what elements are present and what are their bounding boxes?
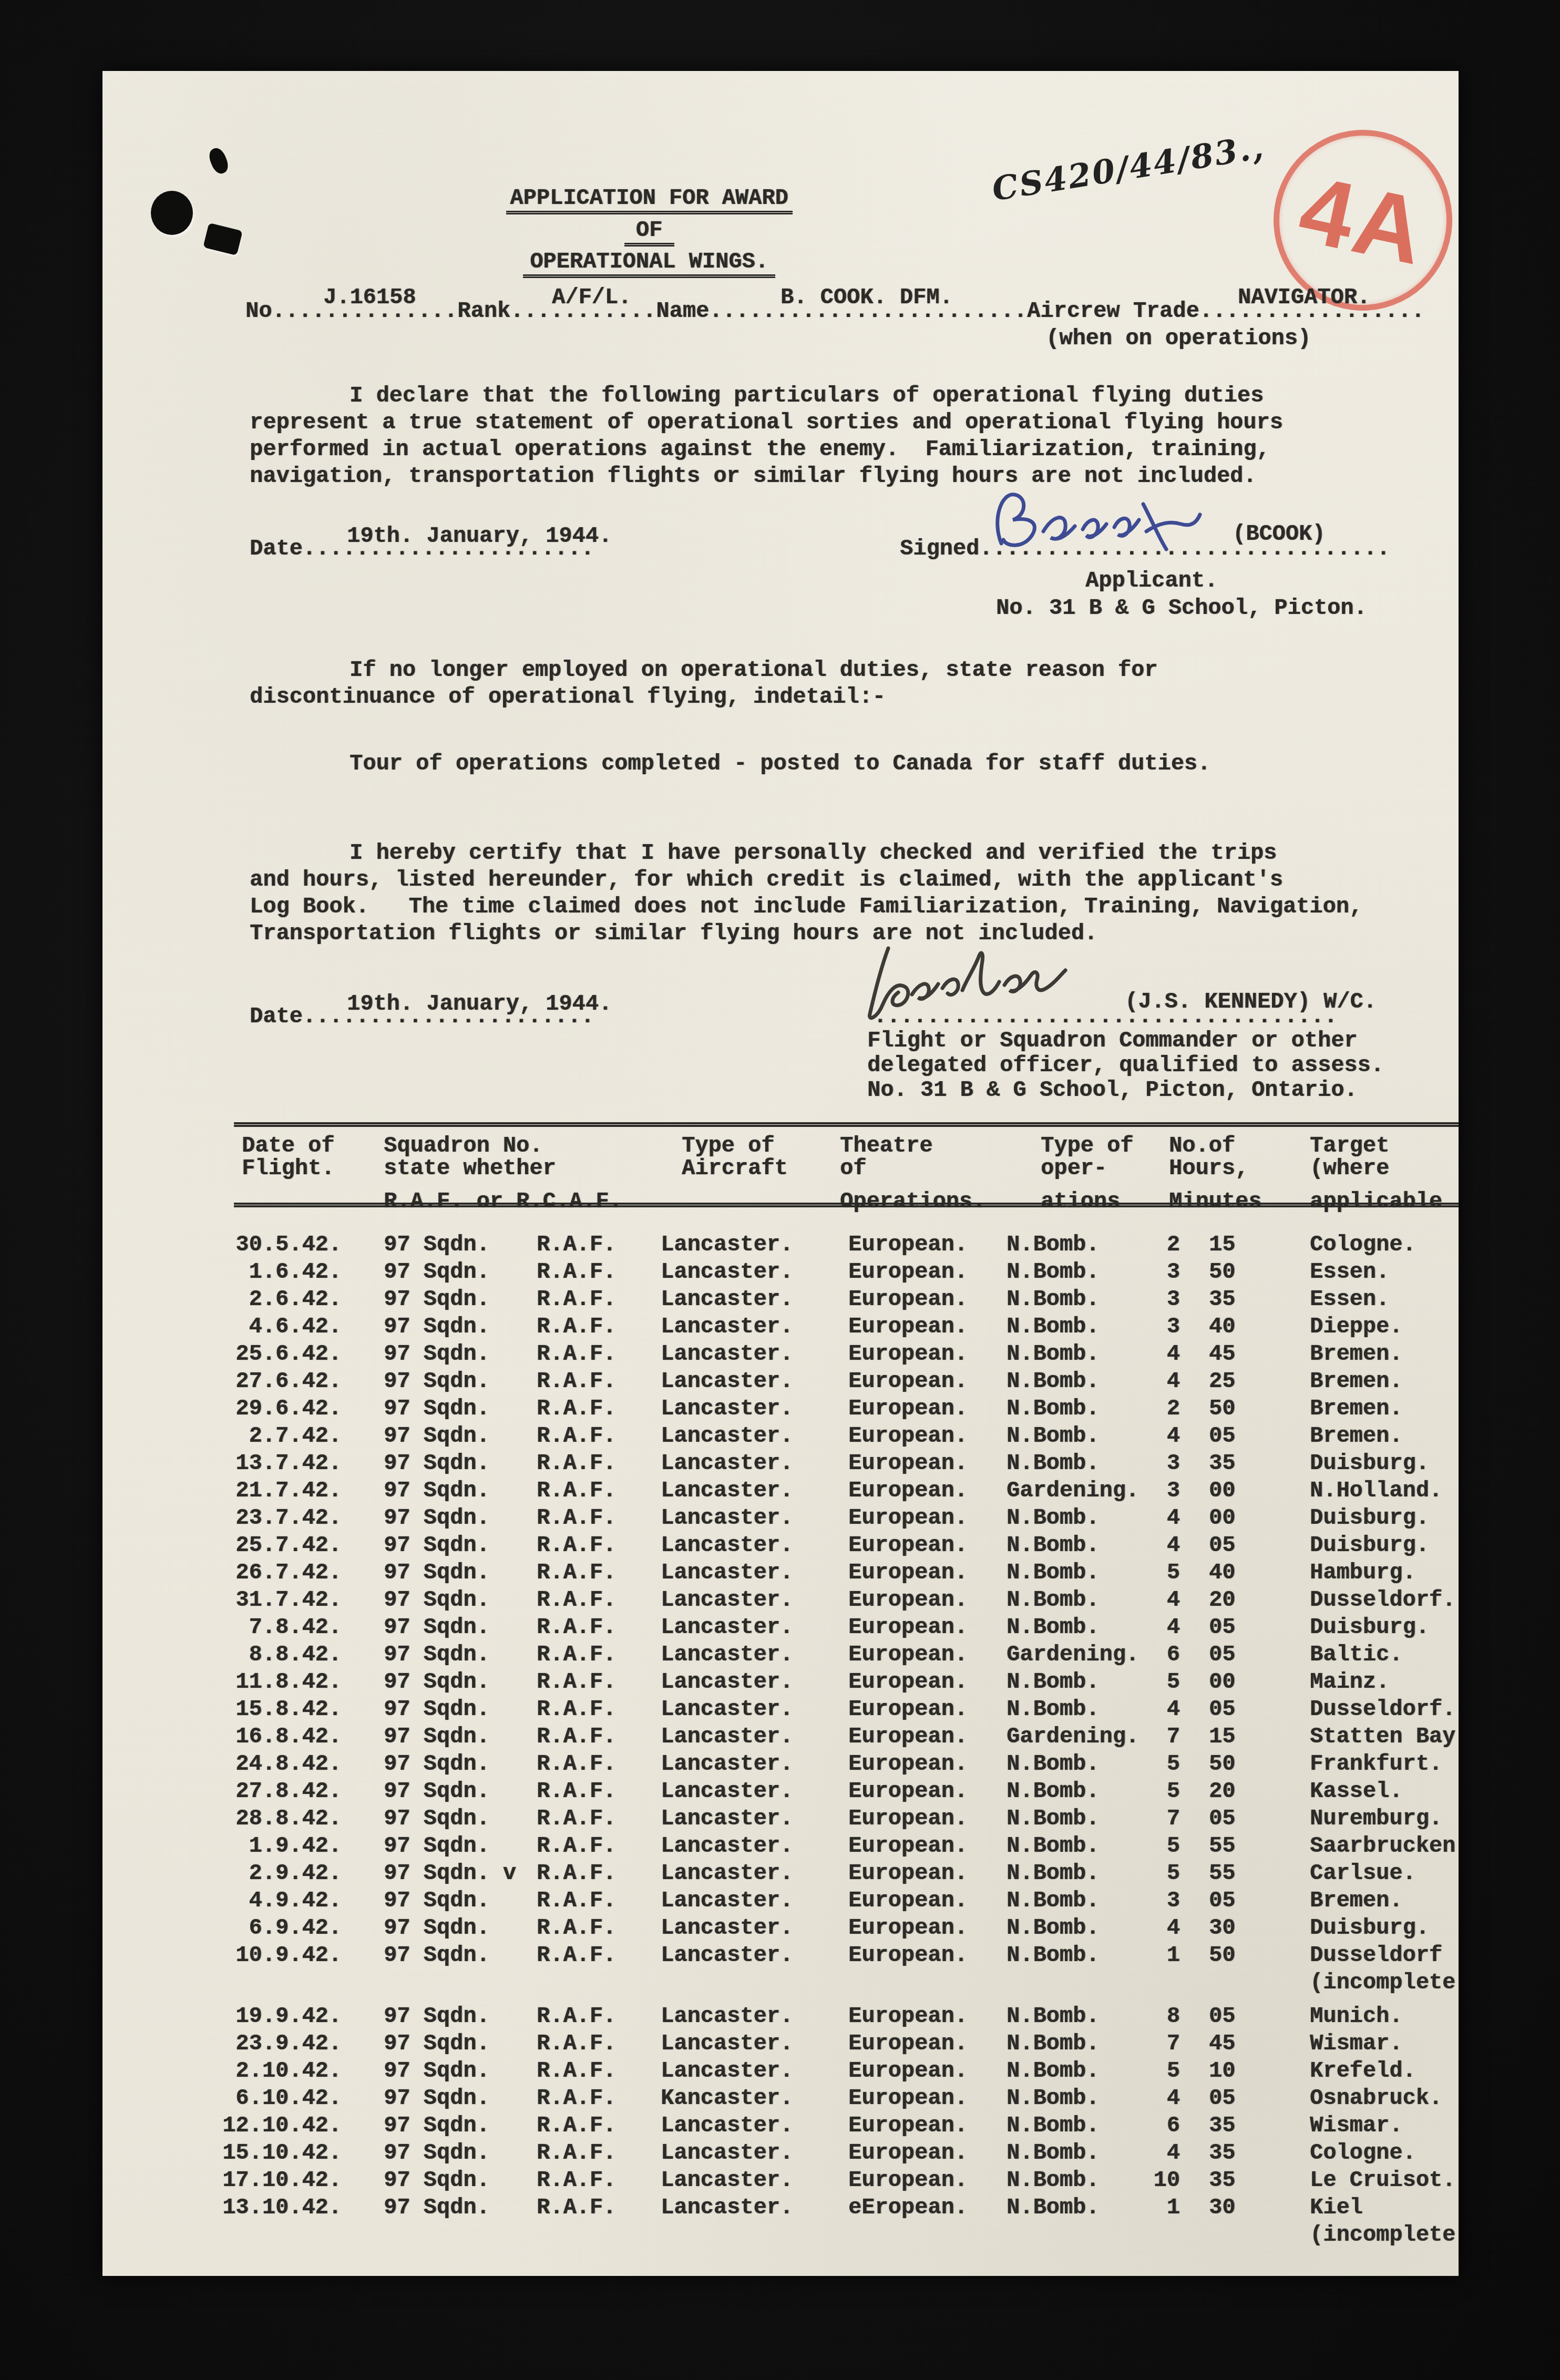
- cell-target: Cologne.: [1310, 2140, 1416, 2166]
- flight-table-row: 21.7.42. 97 Sqdn. R.A.F. Lancaster. Euro…: [102, 1478, 1459, 1505]
- cell-date: 25.7.42.: [102, 1532, 342, 1558]
- service-number-value: J.16158: [323, 284, 416, 311]
- cell-target: Dusseldorf.: [1310, 1587, 1455, 1613]
- flight-table-row: 2.7.42. 97 Sqdn. R.A.F. Lancaster. Europ…: [102, 1423, 1459, 1450]
- flight-table-row: 4.6.42. 97 Sqdn. R.A.F. Lancaster. Europ…: [102, 1314, 1459, 1341]
- cell-operation-type: N.Bomb.: [1007, 1587, 1099, 1613]
- cell-force: R.A.F.: [537, 1724, 616, 1750]
- cell-theatre: European.: [848, 2112, 968, 2139]
- cell-target: Essen.: [1310, 1286, 1389, 1312]
- paragraph-line: represent a true statement of operationa…: [250, 409, 1283, 436]
- title-underline: [523, 274, 775, 278]
- flight-table-row: 23.9.42. 97 Sqdn. R.A.F. Lancaster. Euro…: [102, 2030, 1459, 2058]
- cell-minutes: 15: [1209, 1724, 1235, 1750]
- flight-table-row: 15.10.42. 97 Sqdn. R.A.F. Lancaster. Eur…: [102, 2140, 1459, 2167]
- cell-minutes: 50: [1209, 1751, 1235, 1777]
- cell-target: Wismar.: [1310, 2112, 1402, 2139]
- cell-force: R.A.F.: [537, 1232, 616, 1258]
- title-underline: [624, 243, 674, 247]
- date-value: 19th. January, 1944.: [347, 523, 612, 549]
- cell-aircraft: Lancaster.: [661, 1724, 793, 1750]
- cell-operation-type: N.Bomb.: [1007, 2003, 1099, 2029]
- cell-hours: 5: [1109, 1751, 1180, 1777]
- cell-minutes: 40: [1209, 1314, 1235, 1340]
- cell-minutes: 35: [1209, 2140, 1235, 2166]
- paragraph-line: I hereby certify that I have personally …: [350, 840, 1362, 867]
- cell-squadron: 97 Sqdn. v: [384, 1860, 516, 1886]
- cell-force: R.A.F.: [537, 1341, 616, 1367]
- cell-force: R.A.F.: [537, 1505, 616, 1531]
- cell-target: Dieppe.: [1310, 1314, 1402, 1340]
- flight-table-row: 6.10.42. 97 Sqdn. R.A.F. Kancaster. Euro…: [102, 2085, 1459, 2112]
- cell-target: Carlsue.: [1310, 1860, 1416, 1886]
- cell-force: R.A.F.: [537, 1915, 616, 1941]
- cell-minutes: 00: [1209, 1478, 1235, 1504]
- cell-minutes: 50: [1209, 1259, 1235, 1285]
- cell-squadron: 97 Sqdn.: [384, 1396, 490, 1422]
- cell-aircraft: Lancaster.: [661, 1560, 793, 1586]
- flight-table-row: 4.9.42. 97 Sqdn. R.A.F. Lancaster. Europ…: [102, 1887, 1459, 1915]
- document-title: APPLICATION FOR AWARD OF OPERATIONAL WIN…: [439, 187, 859, 278]
- cell-aircraft: Lancaster.: [661, 1450, 793, 1476]
- flight-table-row: 13.10.42. 97 Sqdn. R.A.F. Lancaster. eEr…: [102, 2194, 1459, 2222]
- cell-aircraft: Lancaster.: [661, 1778, 793, 1804]
- paragraph-line: Log Book. The time claimed does not incl…: [250, 894, 1362, 920]
- cell-target: Wismar.: [1310, 2030, 1402, 2057]
- trade-note: (when on operations): [1046, 325, 1311, 352]
- cell-hours: 1: [1109, 1942, 1180, 1968]
- cell-minutes: 10: [1209, 2058, 1235, 2084]
- title-underline: [506, 211, 793, 214]
- paragraph-line: and hours, listed hereunder, for which c…: [250, 867, 1362, 894]
- cell-date: 17.10.42.: [102, 2167, 342, 2193]
- cell-force: R.A.F.: [537, 1478, 616, 1504]
- cell-target: N.Holland.: [1310, 1478, 1442, 1504]
- cell-aircraft: Lancaster.: [661, 1642, 793, 1668]
- cell-date: 27.6.42.: [102, 1368, 342, 1394]
- cell-squadron: 97 Sqdn.: [384, 2003, 490, 2029]
- cell-minutes: 40: [1209, 1560, 1235, 1586]
- cell-hours: 4: [1109, 1915, 1180, 1941]
- cell-hours: 4: [1109, 1614, 1180, 1640]
- cell-minutes: 05: [1209, 2003, 1235, 2029]
- col-header: oper-: [1041, 1155, 1107, 1182]
- cell-date: 15.10.42.: [102, 2140, 342, 2166]
- cell-theatre: European.: [848, 1341, 968, 1367]
- cell-theatre: European.: [848, 2085, 968, 2111]
- cell-target: Baltic.: [1310, 1642, 1402, 1668]
- cell-theatre: European.: [848, 1368, 968, 1394]
- cell-theatre: European.: [848, 2140, 968, 2166]
- cell-squadron: 97 Sqdn.: [384, 1286, 490, 1312]
- cell-target: Bremen.: [1310, 1396, 1402, 1422]
- flight-table-row: 6.9.42. 97 Sqdn. R.A.F. Lancaster. Europ…: [102, 1915, 1459, 1942]
- paragraph-line: discontinuance of operational flying, in…: [250, 684, 1157, 711]
- cell-operation-type: N.Bomb.: [1007, 1614, 1099, 1640]
- applicant-role-label: Applicant.: [1085, 568, 1218, 594]
- cell-force: R.A.F.: [537, 1423, 616, 1449]
- cell-force: R.A.F.: [537, 1887, 616, 1914]
- cell-date: 31.7.42.: [102, 1587, 342, 1613]
- flight-table-row: 1.9.42. 97 Sqdn. R.A.F. Lancaster. Europ…: [102, 1833, 1459, 1860]
- cell-hours: 5: [1109, 2058, 1180, 2084]
- cell-minutes: 35: [1209, 2112, 1235, 2139]
- cell-date: 24.8.42.: [102, 1751, 342, 1777]
- cell-aircraft: Lancaster.: [661, 1833, 793, 1859]
- cell-hours: 7: [1109, 1805, 1180, 1832]
- cell-aircraft: Lancaster.: [661, 1478, 793, 1504]
- cell-operation-type: N.Bomb.: [1007, 1560, 1099, 1586]
- cell-target: Krefeld.: [1310, 2058, 1416, 2084]
- flight-table-row: 27.8.42. 97 Sqdn. R.A.F. Lancaster. Euro…: [102, 1778, 1459, 1805]
- signed-name-typed: (J.S. KENNEDY) W/C.: [1125, 989, 1377, 1015]
- cell-force: R.A.F.: [537, 1833, 616, 1859]
- flight-table-row: 7.8.42. 97 Sqdn. R.A.F. Lancaster. Europ…: [102, 1614, 1459, 1642]
- cell-minutes: 05: [1209, 1805, 1235, 1832]
- cell-date: 28.8.42.: [102, 1805, 342, 1832]
- cell-minutes: 35: [1209, 2167, 1235, 2193]
- flight-table-row: 23.7.42. 97 Sqdn. R.A.F. Lancaster. Euro…: [102, 1505, 1459, 1532]
- cell-force: R.A.F.: [537, 1560, 616, 1586]
- cell-theatre: European.: [848, 1587, 968, 1613]
- col-header: R.A.F. or R.C.A.F.: [384, 1188, 622, 1215]
- cell-target: Duisburg.: [1310, 1450, 1429, 1476]
- cell-theatre: European.: [848, 1232, 968, 1258]
- paragraph-line: I declare that the following particulars…: [350, 383, 1283, 409]
- cell-minutes: 35: [1209, 1450, 1235, 1476]
- declaration-paragraph: I declare that the following particulars…: [250, 383, 1283, 490]
- cell-target: Mainz.: [1310, 1669, 1389, 1695]
- cell-aircraft: Lancaster.: [661, 1505, 793, 1531]
- flight-table-row: 25.6.42. 97 Sqdn. R.A.F. Lancaster. Euro…: [102, 1341, 1459, 1368]
- cell-hours: 5: [1109, 1860, 1180, 1886]
- cell-aircraft: Lancaster.: [661, 2003, 793, 2029]
- cell-minutes: 55: [1209, 1860, 1235, 1886]
- cell-operation-type: N.Bomb.: [1007, 1341, 1099, 1367]
- cell-force: R.A.F.: [537, 1751, 616, 1777]
- commander-signature: [859, 938, 1143, 1022]
- cell-force: R.A.F.: [537, 1696, 616, 1722]
- cell-date: 13.7.42.: [102, 1450, 342, 1476]
- cell-date: 11.8.42.: [102, 1669, 342, 1695]
- cell-operation-type: N.Bomb.: [1007, 1259, 1099, 1285]
- paragraph-line: If no longer employed on operational dut…: [350, 657, 1157, 684]
- cell-aircraft: Lancaster.: [661, 2030, 793, 2057]
- cell-operation-type: N.Bomb.: [1007, 1942, 1099, 1968]
- cell-hours: 4: [1109, 1587, 1180, 1613]
- cell-force: R.A.F.: [537, 1368, 616, 1394]
- cell-aircraft: Lancaster.: [661, 2112, 793, 2139]
- cell-force: R.A.F.: [537, 1259, 616, 1285]
- cell-theatre: European.: [848, 2167, 968, 2193]
- cell-hours: 5: [1109, 1560, 1180, 1586]
- cell-theatre: European.: [848, 1259, 968, 1285]
- cell-theatre: European.: [848, 2003, 968, 2029]
- role-line: delegated officer, qualified to assess.: [867, 1053, 1384, 1078]
- cell-squadron: 97 Sqdn.: [384, 1478, 490, 1504]
- cell-operation-type: N.Bomb.: [1007, 1450, 1099, 1476]
- role-line: No. 31 B & G School, Picton, Ontario.: [867, 1078, 1384, 1103]
- cell-theatre: European.: [848, 1751, 968, 1777]
- cell-theatre: European.: [848, 1286, 968, 1312]
- cell-force: R.A.F.: [537, 1860, 616, 1886]
- cell-date: 23.9.42.: [102, 2030, 342, 2057]
- cell-force: R.A.F.: [537, 2058, 616, 2084]
- cell-hours: 3: [1109, 1887, 1180, 1914]
- cell-squadron: 97 Sqdn.: [384, 1833, 490, 1859]
- flight-table-row: 11.8.42. 97 Sqdn. R.A.F. Lancaster. Euro…: [102, 1669, 1459, 1696]
- flight-table-body: 30.5.42. 97 Sqdn. R.A.F. Lancaster. Euro…: [102, 1232, 1459, 2249]
- cell-squadron: 97 Sqdn.: [384, 1778, 490, 1804]
- cell-hours: 4: [1109, 1423, 1180, 1449]
- applicant-signature: [986, 483, 1238, 557]
- signed-name-typed: (BCOOK): [1233, 521, 1325, 547]
- cell-aircraft: Lancaster.: [661, 1259, 793, 1285]
- cell-hours: 4: [1109, 1341, 1180, 1367]
- cell-force: R.A.F.: [537, 2194, 616, 2221]
- cell-target-note: (incomplete: [1310, 2222, 1455, 2248]
- cell-theatre: European.: [848, 1560, 968, 1586]
- cell-date: 2.6.42.: [102, 1286, 342, 1312]
- col-header: ations: [1041, 1188, 1120, 1215]
- cell-operation-type: N.Bomb.: [1007, 1532, 1099, 1558]
- cell-aircraft: Lancaster.: [661, 1614, 793, 1640]
- cell-theatre: European.: [848, 2058, 968, 2084]
- cell-force: R.A.F.: [537, 1587, 616, 1613]
- cell-squadron: 97 Sqdn.: [384, 1368, 490, 1394]
- cell-hours: 5: [1109, 1669, 1180, 1695]
- cell-squadron: 97 Sqdn.: [384, 1560, 490, 1586]
- cell-minutes: 05: [1209, 1532, 1235, 1558]
- cell-target: Duisburg.: [1310, 1614, 1429, 1640]
- cell-operation-type: N.Bomb.: [1007, 2140, 1099, 2166]
- flight-table-row: 28.8.42. 97 Sqdn. R.A.F. Lancaster. Euro…: [102, 1805, 1459, 1833]
- cell-theatre: European.: [848, 1669, 968, 1695]
- aircrew-trade-value: NAVIGATOR.: [1238, 284, 1370, 311]
- flight-table-row: 16.8.42. 97 Sqdn. R.A.F. Lancaster. Euro…: [102, 1724, 1459, 1751]
- flight-table-note-row: (incomplete: [102, 1969, 1459, 1997]
- cell-operation-type: N.Bomb.: [1007, 1887, 1099, 1914]
- cell-date: 13.10.42.: [102, 2194, 342, 2221]
- paragraph-line: performed in actual operations against t…: [250, 436, 1283, 463]
- cell-date: 6.10.42.: [102, 2085, 342, 2111]
- cell-aircraft: Lancaster.: [661, 1368, 793, 1394]
- cell-date: 12.10.42.: [102, 2112, 342, 2139]
- cell-aircraft: Lancaster.: [661, 1532, 793, 1558]
- cell-target: Le Cruisot.: [1310, 2167, 1455, 2193]
- cell-date: 23.7.42.: [102, 1505, 342, 1531]
- flight-table-row: 17.10.42. 97 Sqdn. R.A.F. Lancaster. Eur…: [102, 2167, 1459, 2194]
- title-line-3: OPERATIONAL WINGS.: [530, 250, 768, 273]
- cell-theatre: European.: [848, 1505, 968, 1531]
- cell-theatre: European.: [848, 1696, 968, 1722]
- title-line-2: OF: [636, 219, 662, 242]
- cell-target: Cologne.: [1310, 1232, 1416, 1258]
- cell-hours: 5: [1109, 1833, 1180, 1859]
- cell-target: Dusseldorf.: [1310, 1696, 1455, 1722]
- cell-target: Duisburg.: [1310, 1532, 1429, 1558]
- cell-target: Hamburg.: [1310, 1560, 1416, 1586]
- cell-minutes: 55: [1209, 1833, 1235, 1859]
- cell-minutes: 35: [1209, 1286, 1235, 1312]
- punch-hole: [151, 191, 193, 235]
- flight-table-row: 12.10.42. 97 Sqdn. R.A.F. Lancaster. Eur…: [102, 2112, 1459, 2140]
- flight-table-note-row: (incomplete: [102, 2222, 1459, 2249]
- cell-minutes: 50: [1209, 1396, 1235, 1422]
- cell-minutes: 05: [1209, 2085, 1235, 2111]
- paragraph-line: Transportation flights or similar flying…: [250, 920, 1362, 947]
- cell-force: R.A.F.: [537, 2085, 616, 2111]
- cell-force: R.A.F.: [537, 1286, 616, 1312]
- staple-tear-hole: [203, 223, 243, 256]
- cell-hours: 5: [1109, 1778, 1180, 1804]
- cell-theatre: European.: [848, 1724, 968, 1750]
- cell-aircraft: Lancaster.: [661, 1942, 793, 1968]
- cell-target: Munich.: [1310, 2003, 1402, 2029]
- cell-hours: 7: [1109, 2030, 1180, 2057]
- cell-minutes: 30: [1209, 2194, 1235, 2221]
- cell-theatre: European.: [848, 1887, 968, 1914]
- cell-operation-type: N.Bomb.: [1007, 2085, 1099, 2111]
- flight-table-row: 8.8.42. 97 Sqdn. R.A.F. Lancaster. Europ…: [102, 1642, 1459, 1669]
- cell-date: 4.9.42.: [102, 1887, 342, 1914]
- cell-date: 1.6.42.: [102, 1259, 342, 1285]
- flight-table-row: 2.9.42. 97 Sqdn. v R.A.F. Lancaster. Eur…: [102, 1860, 1459, 1887]
- cell-theatre: European.: [848, 1396, 968, 1422]
- rank-value: A/F/L.: [552, 284, 631, 311]
- cell-hours: 4: [1109, 2085, 1180, 2111]
- cell-hours: 2: [1109, 1396, 1180, 1422]
- cell-squadron: 97 Sqdn.: [384, 1614, 490, 1640]
- cell-squadron: 97 Sqdn.: [384, 1505, 490, 1531]
- cell-hours: 1: [1109, 2194, 1180, 2221]
- cell-squadron: 97 Sqdn.: [384, 2167, 490, 2193]
- cell-hours: 10: [1109, 2167, 1180, 2193]
- certification-paragraph: I hereby certify that I have personally …: [250, 840, 1362, 947]
- cell-force: R.A.F.: [537, 1396, 616, 1422]
- cell-date: 25.6.42.: [102, 1341, 342, 1367]
- commander-role-block: Flight or Squadron Commander or other de…: [867, 1029, 1384, 1103]
- col-header: Operations.: [840, 1188, 986, 1215]
- cell-squadron: 97 Sqdn.: [384, 1314, 490, 1340]
- cell-operation-type: N.Bomb.: [1007, 1368, 1099, 1394]
- cell-minutes: 30: [1209, 1915, 1235, 1941]
- cell-force: R.A.F.: [537, 1942, 616, 1968]
- cell-squadron: 97 Sqdn.: [384, 1724, 490, 1750]
- cell-theatre: European.: [848, 1805, 968, 1832]
- cell-operation-type: N.Bomb.: [1007, 1751, 1099, 1777]
- flight-table-row: 10.9.42. 97 Sqdn. R.A.F. Lancaster. Euro…: [102, 1942, 1459, 1969]
- cell-hours: 4: [1109, 1505, 1180, 1531]
- cell-operation-type: N.Bomb.: [1007, 2194, 1099, 2221]
- cell-target: Essen.: [1310, 1259, 1389, 1285]
- cell-aircraft: Kancaster.: [661, 2085, 793, 2111]
- cell-aircraft: Lancaster.: [661, 2167, 793, 2193]
- flight-table-header: Date of Squadron No. Type of Theatre Typ…: [102, 1133, 1459, 1201]
- flight-table-row: 26.7.42. 97 Sqdn. R.A.F. Lancaster. Euro…: [102, 1560, 1459, 1587]
- applicant-signature-line: Date...................... 19th. January…: [102, 536, 1459, 567]
- cell-aircraft: Lancaster.: [661, 1915, 793, 1941]
- cell-date: 29.6.42.: [102, 1396, 342, 1422]
- cell-theatre: European.: [848, 1314, 968, 1340]
- col-header: Minutes: [1169, 1188, 1261, 1215]
- flight-table-row: 24.8.42. 97 Sqdn. R.A.F. Lancaster. Euro…: [102, 1751, 1459, 1778]
- col-header: Aircraft: [682, 1155, 788, 1182]
- cell-hours: 3: [1109, 1259, 1180, 1285]
- cell-force: R.A.F.: [537, 1778, 616, 1804]
- scanned-document-photo: { "annotation": "CS420/44/83.,", "stamp"…: [0, 0, 1560, 2380]
- cell-squadron: 97 Sqdn.: [384, 2194, 490, 2221]
- cell-minutes: 20: [1209, 1587, 1235, 1613]
- cell-force: R.A.F.: [537, 1450, 616, 1476]
- cell-target: Kiel: [1310, 2194, 1363, 2221]
- cell-squadron: 97 Sqdn.: [384, 1642, 490, 1668]
- flight-table-row: 2.10.42. 97 Sqdn. R.A.F. Lancaster. Euro…: [102, 2058, 1459, 2085]
- role-line: Flight or Squadron Commander or other: [867, 1029, 1384, 1053]
- handwritten-file-reference: CS420/44/83.,: [990, 127, 1268, 208]
- cell-aircraft: Lancaster.: [661, 1314, 793, 1340]
- cell-operation-type: N.Bomb.: [1007, 1505, 1099, 1531]
- flight-table-row: 15.8.42. 97 Sqdn. R.A.F. Lancaster. Euro…: [102, 1696, 1459, 1724]
- cell-aircraft: Lancaster.: [661, 1587, 793, 1613]
- table-top-rule: [234, 1122, 1459, 1127]
- cell-theatre: European.: [848, 1833, 968, 1859]
- col-header: (where: [1310, 1155, 1389, 1182]
- cell-force: R.A.F.: [537, 1669, 616, 1695]
- cell-squadron: 97 Sqdn.: [384, 2058, 490, 2084]
- cell-force: R.A.F.: [537, 1614, 616, 1640]
- col-header: Hours,: [1169, 1155, 1248, 1182]
- cell-theatre: European.: [848, 1532, 968, 1558]
- cell-squadron: 97 Sqdn.: [384, 2140, 490, 2166]
- cell-target: Duisburg.: [1310, 1505, 1429, 1531]
- cell-operation-type: N.Bomb.: [1007, 2030, 1099, 2057]
- flight-table-row: 13.7.42. 97 Sqdn. R.A.F. Lancaster. Euro…: [102, 1450, 1459, 1478]
- cell-aircraft: Lancaster.: [661, 1887, 793, 1914]
- cell-target: Frankfurt.: [1310, 1751, 1442, 1777]
- flight-table-row: 27.6.42. 97 Sqdn. R.A.F. Lancaster. Euro…: [102, 1368, 1459, 1396]
- cell-minutes: 05: [1209, 1642, 1235, 1668]
- cell-date: 6.9.42.: [102, 1915, 342, 1941]
- cell-aircraft: Lancaster.: [661, 1396, 793, 1422]
- cell-operation-type: N.Bomb.: [1007, 2112, 1099, 2139]
- cell-minutes: 15: [1209, 1232, 1235, 1258]
- cell-minutes: 20: [1209, 1778, 1235, 1804]
- cell-squadron: 97 Sqdn.: [384, 2112, 490, 2139]
- cell-aircraft: Lancaster.: [661, 2194, 793, 2221]
- cell-minutes: 45: [1209, 1341, 1235, 1367]
- cell-force: R.A.F.: [537, 2030, 616, 2057]
- cell-force: R.A.F.: [537, 2167, 616, 2193]
- cell-hours: 3: [1109, 1478, 1180, 1504]
- cell-target-note: (incomplete: [1310, 1969, 1455, 1996]
- cell-minutes: 00: [1209, 1669, 1235, 1695]
- cell-theatre: European.: [848, 1478, 968, 1504]
- cell-squadron: 97 Sqdn.: [384, 1423, 490, 1449]
- document-page: CS420/44/83., 4A APPLICATION FOR AWARD O…: [102, 71, 1459, 2276]
- cell-date: 2.10.42.: [102, 2058, 342, 2084]
- cell-minutes: 05: [1209, 1614, 1235, 1640]
- cell-date: 10.9.42.: [102, 1942, 342, 1968]
- cell-operation-type: N.Bomb.: [1007, 1833, 1099, 1859]
- cell-hours: 3: [1109, 1286, 1180, 1312]
- cell-squadron: 97 Sqdn.: [384, 1669, 490, 1695]
- cell-date: 2.9.42.: [102, 1860, 342, 1886]
- col-header: of: [840, 1155, 866, 1182]
- cell-operation-type: N.Bomb.: [1007, 2167, 1099, 2193]
- cell-theatre: European.: [848, 2030, 968, 2057]
- flight-table-row: 25.7.42. 97 Sqdn. R.A.F. Lancaster. Euro…: [102, 1532, 1459, 1560]
